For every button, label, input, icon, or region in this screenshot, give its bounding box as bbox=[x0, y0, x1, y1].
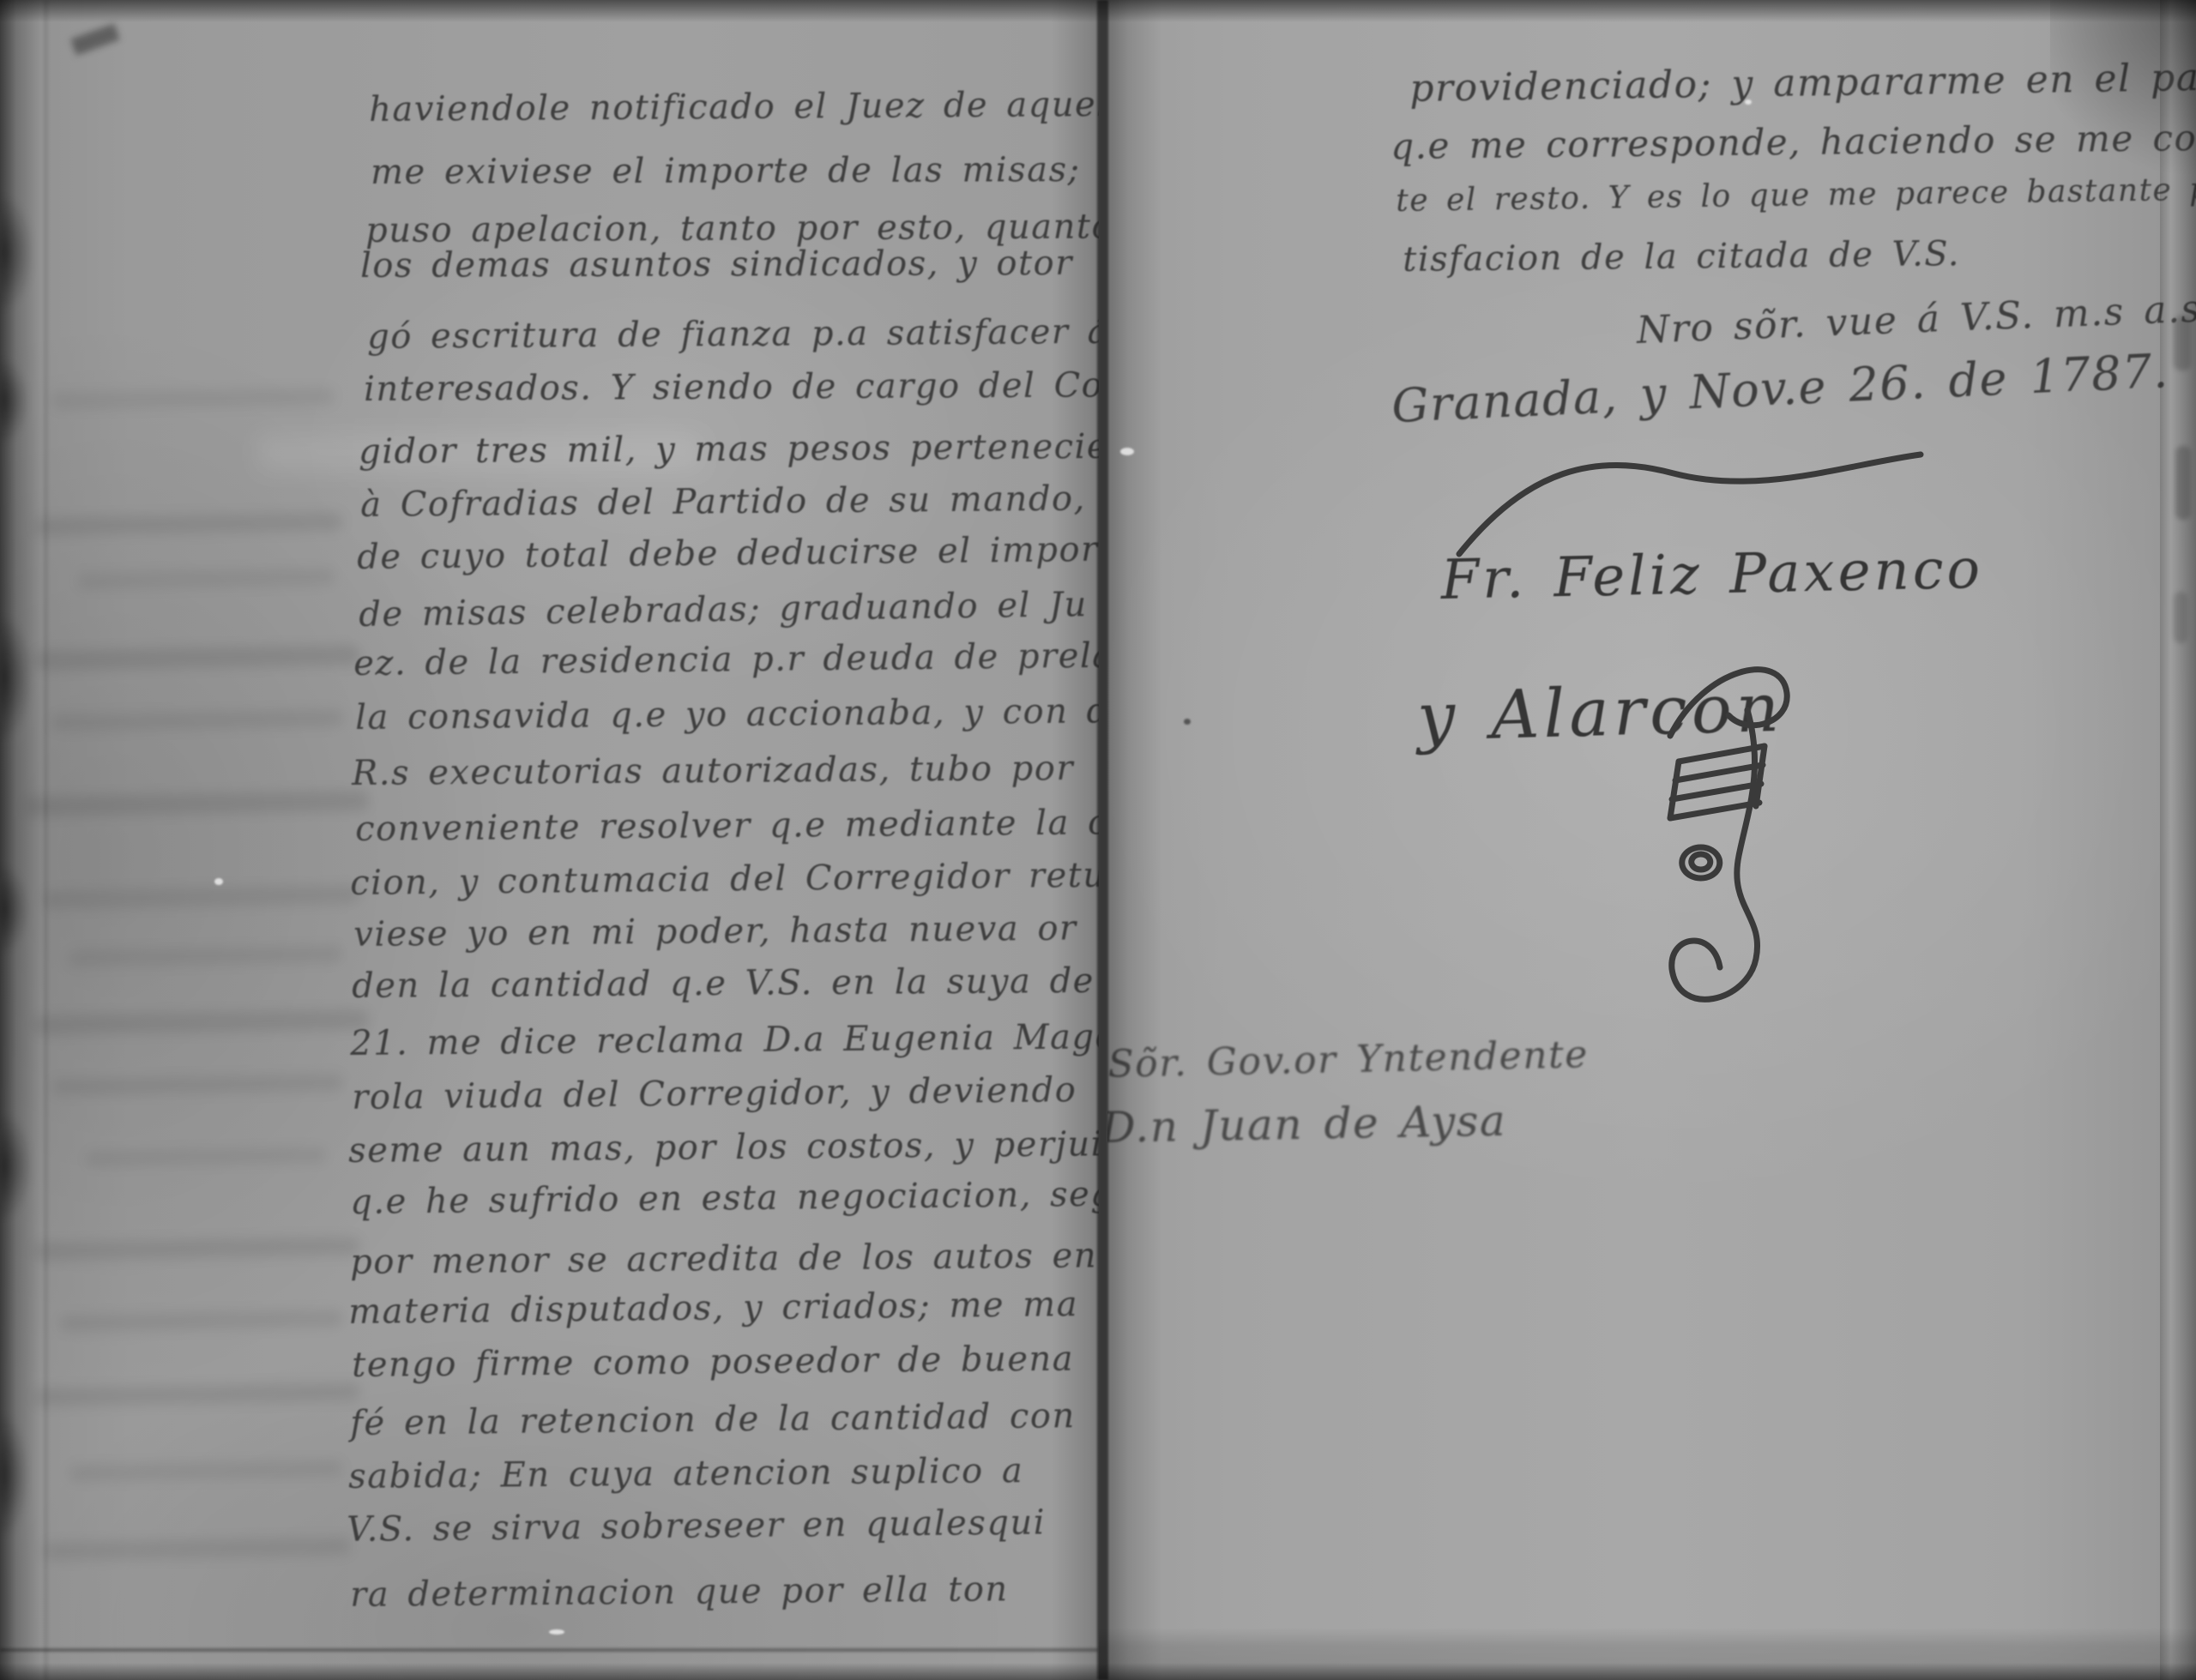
manuscript-line: interesados. Y siendo de cargo del Corre bbox=[364, 365, 1099, 409]
manuscript-line: gidor tres mil, y mas pesos pertenecient bbox=[359, 427, 1099, 472]
left-page-bottom-crease bbox=[0, 1648, 1098, 1652]
paper-speck bbox=[1120, 448, 1134, 455]
manuscript-line: den la cantidad q.e V.S. en la suya de bbox=[352, 961, 1095, 1006]
left-page: haviendole notificado el Juez de aquella… bbox=[0, 0, 1099, 1680]
manuscript-line: los demas asuntos sindicados, y otor bbox=[360, 244, 1073, 286]
manuscript-line: 21. me dice reclama D.a Eugenia Mago bbox=[350, 1017, 1099, 1063]
manuscript-line: ez. de la residencia p.r deuda de prelac… bbox=[353, 635, 1099, 683]
page-edge-dark-blob bbox=[0, 617, 31, 738]
manuscript-line: conveniente resolver q.e mediante la om bbox=[355, 803, 1099, 849]
manuscript-line: tisfacion de la citada de V.S. bbox=[1403, 234, 1960, 280]
page-edge-right bbox=[2160, 0, 2196, 1680]
right-page-bottom-crease bbox=[1099, 1628, 2196, 1680]
gutter-fold-line bbox=[1097, 0, 1108, 1680]
manuscript-line: me exiviese el importe de las misas; int bbox=[371, 150, 1099, 192]
manuscript-line: viese yo en mi poder, hasta nueva or bbox=[353, 909, 1077, 954]
manuscript-line: tengo firme como poseedor de buena bbox=[352, 1340, 1074, 1385]
manuscript-line: R.s executorias autorizadas, tubo por bbox=[352, 749, 1074, 793]
paper-speck bbox=[1745, 99, 1752, 105]
manuscript-line: ra determinacion que por ella ton bbox=[350, 1569, 1009, 1615]
signature-rubric bbox=[1619, 633, 1816, 1027]
next-page-ink-fragment bbox=[2175, 446, 2191, 520]
page-edge-dark-blob bbox=[0, 197, 33, 309]
top-edge-shadow bbox=[0, 0, 2196, 22]
manuscript-line: à Cofradias del Partido de su mando, bbox=[360, 479, 1086, 525]
manuscript-line: por menor se acredita de los autos en bbox=[350, 1236, 1097, 1282]
dateline: Granada, y Nov.e 26. de 1787. bbox=[1391, 344, 2170, 433]
manuscript-line: la consavida q.e yo accionaba, y con d bbox=[355, 691, 1099, 738]
page-edge-dark-blob bbox=[0, 1415, 27, 1535]
signature-name-line-1: Fr. Feliz Paxenco bbox=[1440, 538, 1984, 612]
manuscript-line: fé en la retencion de la cantidad con bbox=[350, 1396, 1076, 1443]
page-edge-dark-blob bbox=[0, 1115, 31, 1218]
manuscript-line: de misas celebradas; graduando el Ju bbox=[359, 585, 1088, 635]
paper-speck bbox=[214, 878, 223, 885]
top-right-corner-shadow bbox=[2050, 0, 2196, 197]
paper-speck bbox=[549, 1629, 564, 1635]
manuscript-line: gó escritura de fianza p.a satisfacer á bbox=[367, 312, 1099, 357]
manuscript-line: sabida; En cuya atencion suplico a bbox=[348, 1451, 1023, 1496]
valediction-line: Nro sõr. vue á V.S. m.s a.s bbox=[1636, 287, 2196, 352]
page-edge-dark-blob bbox=[0, 866, 27, 952]
manuscript-line: materia disputados, y criados; me ma bbox=[348, 1285, 1078, 1332]
manuscript-line: cion, y contumacia del Corregidor retu bbox=[350, 856, 1099, 903]
manuscript-line: rola viuda del Corregidor, y deviendo bbox=[352, 1070, 1077, 1117]
ink-dot bbox=[1184, 719, 1191, 725]
next-page-ink-fragment bbox=[2174, 316, 2191, 370]
manuscript-line: seme aun mas, por los costos, y perjuic bbox=[348, 1124, 1099, 1171]
next-page-ink-fragment bbox=[2174, 592, 2187, 643]
page-edge-dark-blob bbox=[0, 360, 27, 442]
manuscript-line: de cuyo total debe deducirse el import bbox=[357, 530, 1099, 577]
address-recipient-name: D.n Juan de Aysa bbox=[1107, 1096, 1507, 1153]
manuscript-line: haviendole notificado el Juez de aquella bbox=[369, 85, 1099, 129]
address-recipient-title: Sõr. Gov.or Yntendente bbox=[1107, 1033, 1589, 1087]
manuscript-line: V.S. se sirva sobreseer en qualesqui bbox=[347, 1502, 1046, 1550]
right-page: providenciado; y ampararme en el pago q.… bbox=[1107, 0, 2196, 1680]
manuscript-scan: haviendole notificado el Juez de aquella… bbox=[0, 0, 2196, 1680]
manuscript-line: q.e he sufrido en esta negociacion, segu… bbox=[350, 1174, 1099, 1222]
vertical-fold-crease bbox=[45, 0, 47, 1680]
